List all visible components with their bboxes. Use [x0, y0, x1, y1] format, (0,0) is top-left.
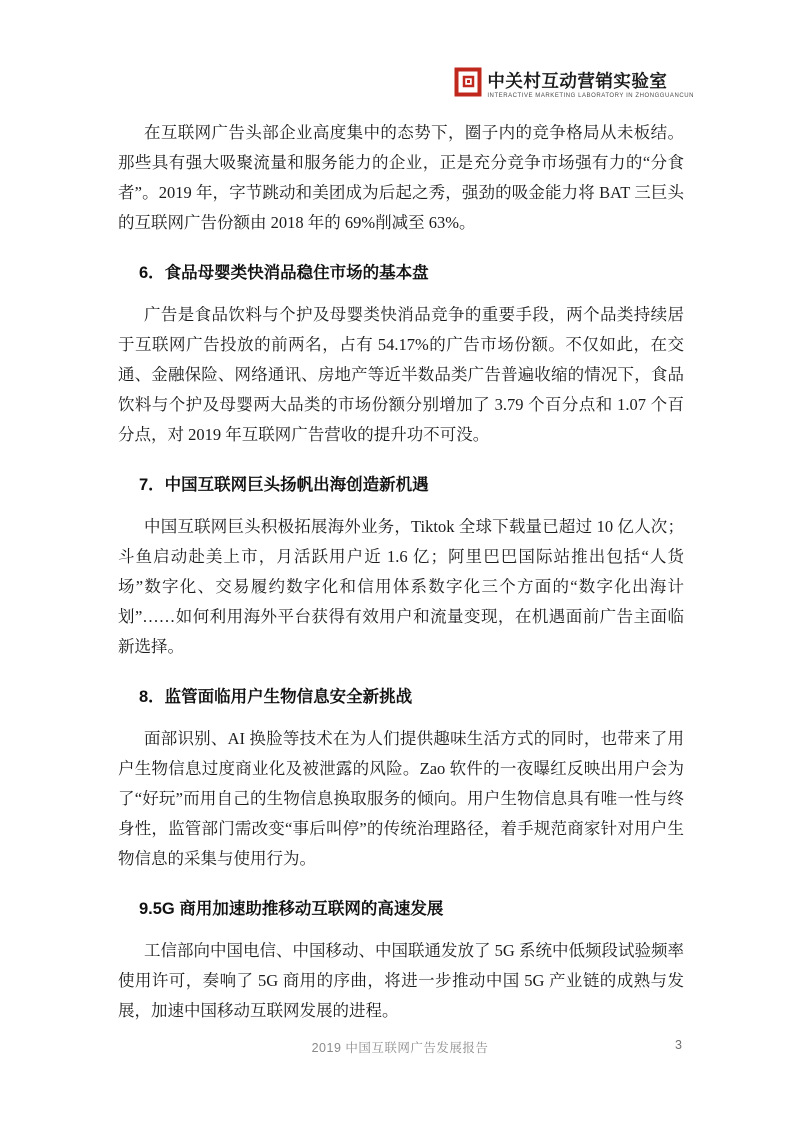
- section-heading: 8．监管面临用户生物信息安全新挑战: [118, 686, 684, 709]
- logo-subtitle: INTERACTIVE MARKETING LABORATORY IN ZHON…: [487, 92, 694, 100]
- document-page: 中关村互动营销实验室 INTERACTIVE MARKETING LABORAT…: [0, 0, 800, 1131]
- body-paragraph: 工信部向中国电信、中国移动、中国联通发放了 5G 系统中低频段试验频率使用许可，…: [118, 936, 684, 1026]
- page-footer: 2019 中国互联网广告发展报告 3: [0, 1038, 800, 1058]
- page-number: 3: [675, 1038, 682, 1052]
- zhongguancun-logo-icon: [454, 62, 484, 98]
- section-heading: 6．食品母婴类快消品稳住市场的基本盘: [118, 262, 684, 285]
- logo-text: 中关村互动营销实验室 INTERACTIVE MARKETING LABORAT…: [487, 62, 694, 100]
- document-body: 在互联网广告头部企业高度集中的态势下，圈子内的竞争格局从未板结。那些具有强大吸聚…: [118, 118, 684, 1026]
- body-paragraph: 面部识别、AI 换脸等技术在为人们提供趣味生活方式的同时，也带来了用户生物信息过…: [118, 724, 684, 874]
- section-heading: 7．中国互联网巨头扬帆出海创造新机遇: [118, 474, 684, 497]
- logo-title: 中关村互动营销实验室: [487, 72, 694, 91]
- body-paragraph: 中国互联网巨头积极拓展海外业务，Tiktok 全球下载量已超过 10 亿人次；斗…: [118, 512, 684, 662]
- section-heading: 9.5G 商用加速助推移动互联网的高速发展: [118, 898, 684, 921]
- logo: 中关村互动营销实验室 INTERACTIVE MARKETING LABORAT…: [454, 62, 694, 100]
- page-header: 中关村互动营销实验室 INTERACTIVE MARKETING LABORAT…: [454, 62, 694, 100]
- body-paragraph: 在互联网广告头部企业高度集中的态势下，圈子内的竞争格局从未板结。那些具有强大吸聚…: [118, 118, 684, 238]
- body-paragraph: 广告是食品饮料与个护及母婴类快消品竞争的重要手段，两个品类持续居于互联网广告投放…: [118, 300, 684, 450]
